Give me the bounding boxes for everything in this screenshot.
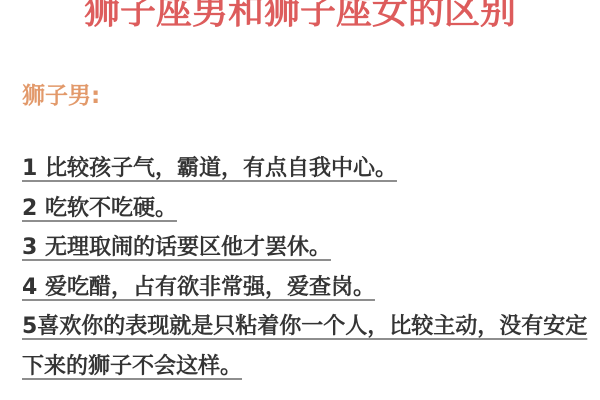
section-heading-leo-man: 狮子男: [22,85,100,108]
list-item-1: 1 比较孩子气，霸道，有点自我中心。 [22,149,596,189]
trait-list: 1 比较孩子气，霸道，有点自我中心。 2 吃软不吃硬。 3 无理取闹的话要区他才… [22,149,596,386]
list-item-5: 5喜欢你的表现就是只粘着你一个人，比较主动，没有安定下来的狮子不会这样。 [22,307,596,386]
article-page: 狮子座男和狮子座女的区别 狮子男: 1 比较孩子气，霸道，有点自我中心。 2 吃… [0,0,600,400]
list-item-3: 3 无理取闹的话要区他才罢休。 [22,228,596,268]
list-item-4: 4 爱吃醋，占有欲非常强，爱查岗。 [22,268,596,308]
page-title: 狮子座男和狮子座女的区别 [0,0,600,30]
list-item-2: 2 吃软不吃硬。 [22,189,596,229]
